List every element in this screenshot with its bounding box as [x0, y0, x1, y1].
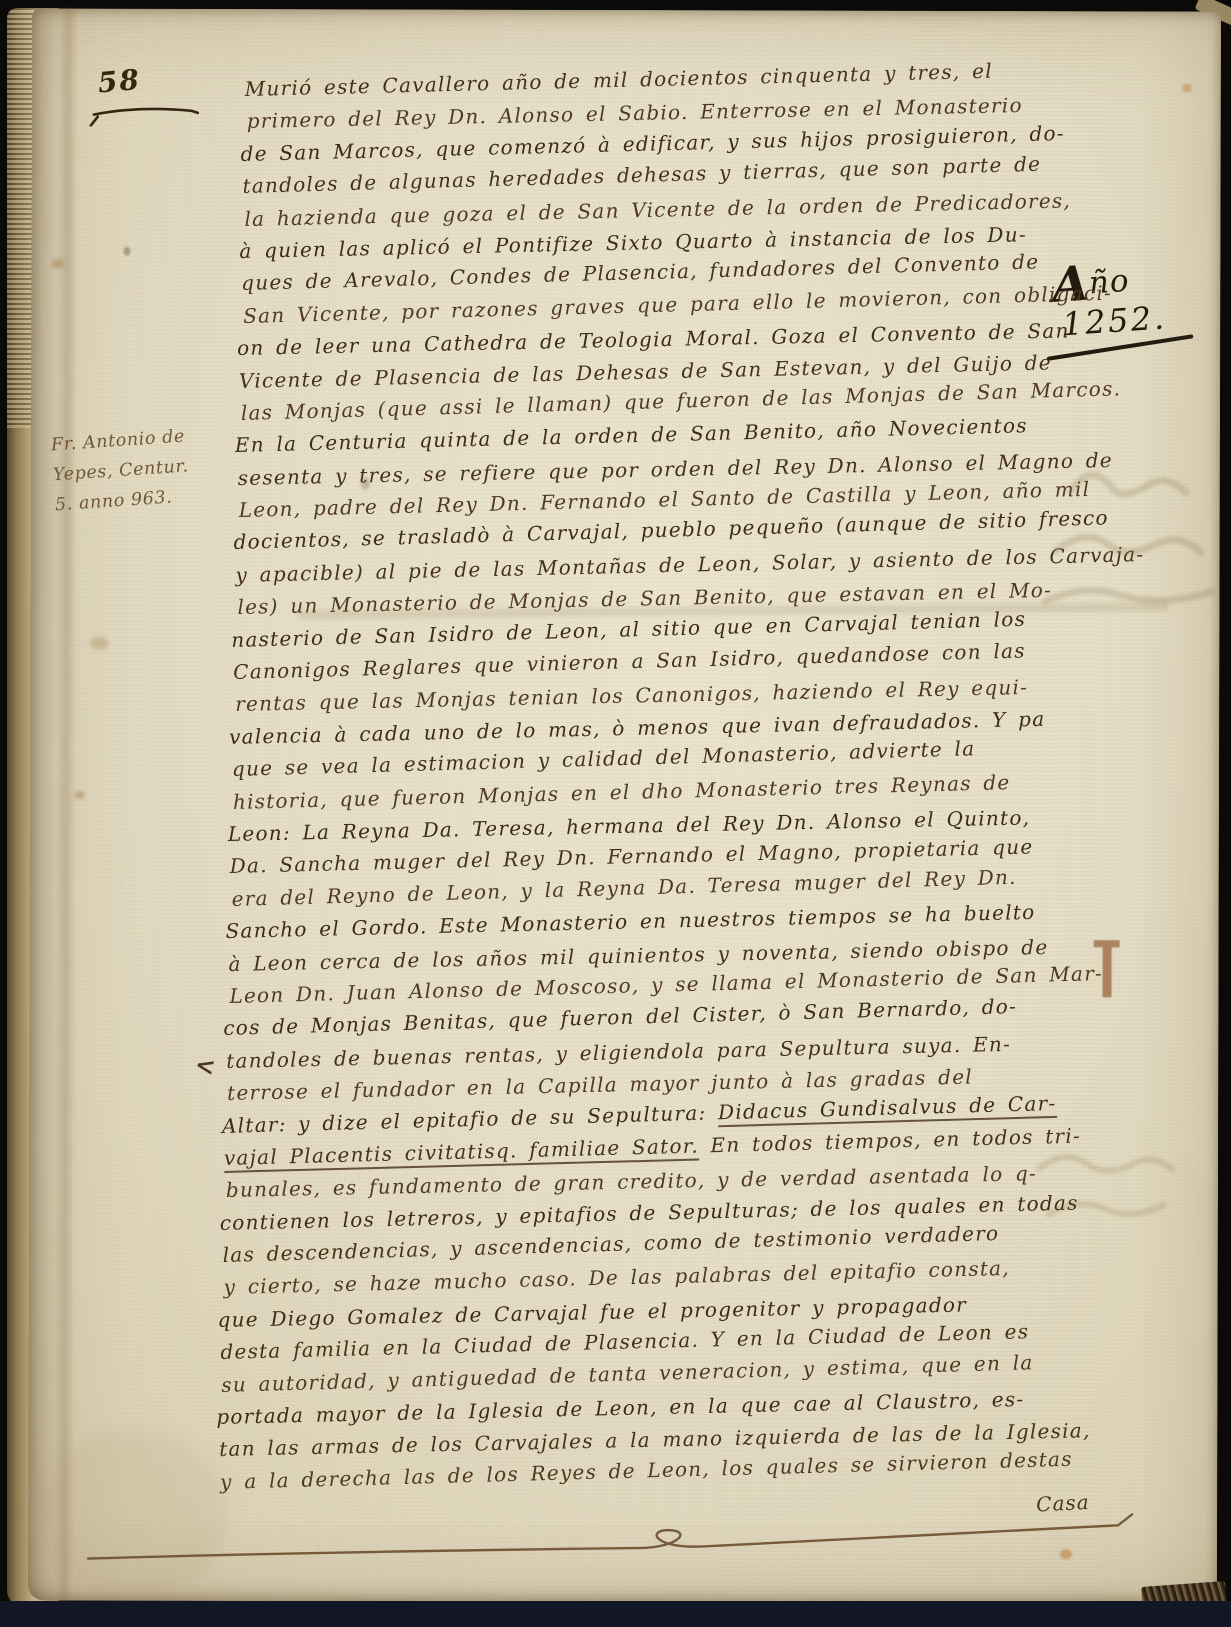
line-text: Murió este Cavallero año de mil dociento… — [244, 59, 993, 101]
margin-note-line: 5. anno 963. — [54, 487, 173, 515]
folio-underline-flourish — [88, 101, 208, 127]
margin-citation-note: Fr. Antonio de Yepes, Centur. 5. anno 96… — [50, 419, 226, 520]
bleedthrough-initial-mark — [1089, 937, 1123, 1001]
table-surface — [0, 1601, 1231, 1627]
margin-note-line: Yepes, Centur. — [52, 456, 189, 485]
stain — [1182, 83, 1192, 92]
manuscript-text: Murió este Cavallero año de mil dociento… — [203, 77, 1137, 1505]
binding-crease — [54, 9, 78, 1601]
end-flourish — [80, 1507, 1180, 1580]
manuscript-page: 58 Fr. Antonio de Yepes, Centur. 5. anno… — [28, 8, 1221, 1603]
manuscript-photo: 58 Fr. Antonio de Yepes, Centur. 5. anno… — [0, 0, 1231, 1627]
folio-number: 58 — [97, 63, 143, 100]
margin-note-line: Fr. Antonio de — [50, 427, 185, 456]
stain — [90, 637, 108, 650]
stain — [123, 247, 130, 256]
